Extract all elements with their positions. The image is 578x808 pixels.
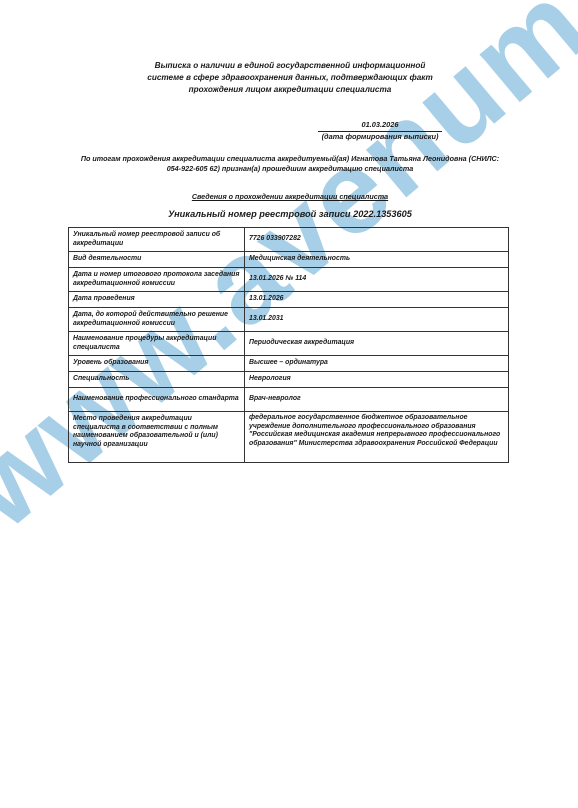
table-row: Дата проведения 13.01.2026 [69, 292, 509, 308]
row-value: 13.01.2026 № 114 [245, 268, 509, 292]
row-value: 7726 033907282 [245, 228, 509, 252]
table-row: Дата, до которой действительно решение а… [69, 308, 509, 332]
title-line: Выписка о наличии в единой государственн… [90, 60, 490, 72]
row-value: Врач-невролог [245, 388, 509, 412]
issue-date-block: 01.03.2026 (дата формирования выписки) [318, 120, 442, 142]
row-value: Высшее – ординатура [245, 356, 509, 372]
intro-paragraph: По итогам прохождения аккредитации специ… [64, 154, 516, 174]
document-title: Выписка о наличии в единой государственн… [90, 60, 490, 96]
row-label: Наименование процедуры аккредитации спец… [69, 332, 245, 356]
table-row: Наименование профессионального стандарта… [69, 388, 509, 412]
table-row: Уникальный номер реестровой записи об ак… [69, 228, 509, 252]
row-value: 13.01.2031 [245, 308, 509, 332]
intro-line: 054-922-605 62) признан(а) прошедшим акк… [64, 164, 516, 174]
row-label: Дата, до которой действительно решение а… [69, 308, 245, 332]
row-label: Уникальный номер реестровой записи об ак… [69, 228, 245, 252]
table-row: Специальность Неврология [69, 372, 509, 388]
row-label: Специальность [69, 372, 245, 388]
row-label: Наименование профессионального стандарта [69, 388, 245, 412]
row-value: Периодическая аккредитация [245, 332, 509, 356]
document-page: www.avenum Выписка о наличии в единой го… [0, 0, 578, 808]
row-label: Место проведения аккредитации специалист… [69, 412, 245, 463]
row-label: Дата проведения [69, 292, 245, 308]
issue-date: 01.03.2026 [318, 120, 442, 132]
registry-number: Уникальный номер реестровой записи 2022.… [120, 208, 460, 220]
title-line: системе в сфере здравоохранения данных, … [90, 72, 490, 84]
row-label: Дата и номер итогового протокола заседан… [69, 268, 245, 292]
table-row: Вид деятельности Медицинская деятельност… [69, 252, 509, 268]
table-row: Место проведения аккредитации специалист… [69, 412, 509, 463]
row-value: федеральное государственное бюджетное об… [245, 412, 509, 463]
issue-date-label: (дата формирования выписки) [318, 132, 442, 142]
row-value: 13.01.2026 [245, 292, 509, 308]
row-label: Уровень образования [69, 356, 245, 372]
table-row: Уровень образования Высшее – ординатура [69, 356, 509, 372]
table-row: Дата и номер итогового протокола заседан… [69, 268, 509, 292]
row-value: Медицинская деятельность [245, 252, 509, 268]
row-label: Вид деятельности [69, 252, 245, 268]
intro-line: По итогам прохождения аккредитации специ… [64, 154, 516, 164]
table-row: Наименование процедуры аккредитации спец… [69, 332, 509, 356]
title-line: прохождения лицом аккредитации специалис… [90, 84, 490, 96]
section-title: Сведения о прохождении аккредитации спец… [140, 192, 440, 202]
row-value: Неврология [245, 372, 509, 388]
accreditation-table: Уникальный номер реестровой записи об ак… [68, 227, 509, 463]
